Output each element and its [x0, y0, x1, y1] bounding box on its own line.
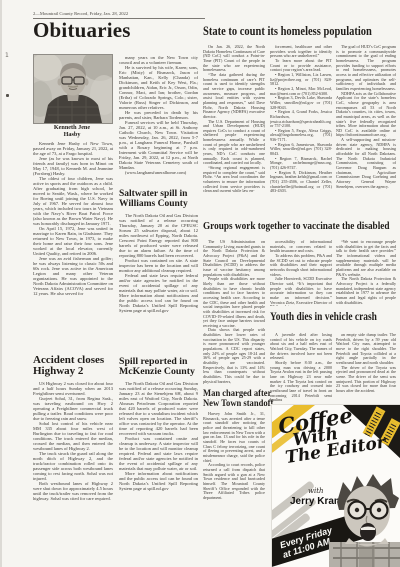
paragraph: (www.langhansfuneralhome.com) — [119, 170, 198, 175]
paragraph: Product was contained onsite and cleanup… — [119, 436, 198, 471]
ad-with-label: with — [308, 487, 324, 495]
paragraph: an empty side dump trailer. The Peterbil… — [336, 333, 396, 366]
youth-crash-column-1: A juvenile died after losing control of … — [270, 333, 332, 401]
paragraph: Federal and state laws require federal a… — [119, 273, 198, 313]
obituary-column-1: Kenneth Jene Hasby of New Town, passed a… — [33, 141, 113, 352]
paragraph: The North Dakota Oil and Gas Division wa… — [119, 381, 198, 436]
paragraph: Product was contained on site. A state i… — [119, 258, 198, 273]
paragraph: People with disabilities are more likely… — [203, 277, 265, 328]
paragraph: Data shows that people with disabilities… — [203, 328, 265, 384]
vaccinate-headline: Groups work together to vaccinate the di… — [203, 220, 390, 232]
paragraph: Harvey John Smith Jr., 31, Bismarck, was… — [203, 412, 265, 463]
paragraph: The oldest of four children, Jene was ac… — [33, 176, 113, 226]
paragraph: According to court records, police retur… — [203, 463, 265, 500]
paragraph: Shortly before 8:30 a.m., the young man … — [270, 361, 332, 401]
paragraph: The truck struck the guard rail along th… — [33, 451, 113, 481]
standoff-headline: Man charged after New Town standoff — [203, 389, 273, 408]
paragraph: Jene (as he was known to most of his fri… — [33, 156, 113, 176]
paragraph: • Region 6, Jamestown, Shawnda Willer, s… — [270, 143, 332, 157]
accident-headline: Accident closes Highway 2 — [33, 355, 104, 378]
obituaries-section-title: Obituaries — [33, 18, 131, 43]
paragraph: A juvenile died after losing control of … — [270, 333, 332, 361]
scan-edge-artifact — [0, 0, 2, 567]
paragraph: On Jan. 26, 2022, the North Dakota Homel… — [203, 45, 265, 73]
paragraph: Funeral services will be held Thursday, … — [119, 120, 198, 170]
paragraph: Both westbound lanes of Highway 2 were s… — [33, 481, 113, 501]
paragraph: He was preceded in death by his parents,… — [119, 110, 198, 120]
paragraph: NDHFA acts as the Collaborative Applican… — [336, 92, 396, 139]
paragraph: • Region 1, Williston, Liz Larsen, liz@p… — [270, 73, 332, 87]
paragraph: The North Dakota Oil and Gas Division wa… — [119, 213, 198, 258]
homeless-column-1: On Jan. 26, 2022, the North Dakota Homel… — [203, 45, 265, 213]
ad-title: Coffee With The Editor — [277, 404, 387, 467]
paragraph: US Highway 2 was closed for about four a… — [33, 381, 113, 396]
paragraph: Gurjeet Sohal, 31, from Regina Sask., wa… — [33, 396, 113, 421]
obituary-portrait-photo — [33, 54, 113, 124]
vaccinate-column-3: “We want to encourage people with disabi… — [336, 240, 396, 306]
paragraph: many years on the New Town city council … — [119, 55, 198, 65]
paragraph: He is survived by his wife, Karen; sons,… — [119, 65, 198, 110]
paragraph: “We want to encourage people with disabi… — [336, 240, 396, 277]
standoff-article-body: Harvey John Smith Jr., 31, Bismarck, was… — [203, 412, 265, 564]
paragraph: • Region 3, Devils Lake, Shawnda Willer,… — [270, 96, 332, 110]
paragraph: To address this problem, P&A and the SCD… — [270, 254, 332, 277]
paragraph: On April 15, 1972, Jene was united in ma… — [33, 226, 113, 256]
paragraph: The North Dakota Protection & Advocacy P… — [336, 277, 396, 305]
vaccinate-column-2: accessibility of informational materials… — [270, 240, 332, 306]
paragraph: • Region 4, Grand Forks, Jessica Richard… — [270, 110, 332, 129]
mckenzie-headline: Spill reported in McKenzie County — [119, 357, 195, 377]
paragraph: accessibility of informational materials… — [270, 240, 332, 254]
saltwater-article-body: The North Dakota Oil and Gas Division wa… — [119, 213, 198, 353]
portrait-man-glasses-icon — [34, 55, 112, 123]
paragraph: • Region 8, Dickinson, Heather Ingman, h… — [270, 171, 332, 194]
mckenzie-article-body: The North Dakota Oil and Gas Division wa… — [119, 381, 198, 565]
scan-mark: 1 — [5, 52, 9, 59]
paragraph: Kenneth Jene Hasby of New Town, passed a… — [33, 141, 113, 156]
vaccinate-column-1: The US Administration on Community Livin… — [203, 240, 265, 384]
youth-crash-column-2: an empty side dump trailer. The Peterbil… — [336, 333, 396, 401]
paragraph: Sohal lost control of his vehicle near M… — [33, 421, 113, 451]
paragraph: “Strong regional engagement is required … — [203, 166, 265, 194]
shocked-man-photo-icon — [329, 472, 400, 567]
homeless-count-headline: State to count its homeless population — [203, 24, 372, 39]
paragraph: Julie Horntvedt, SCDD Executive Director… — [270, 277, 332, 306]
scan-dot — [6, 94, 9, 97]
paragraph: The driver of the Toyota was ejected and… — [336, 366, 396, 394]
newspaper-page: 1 2—Mountrail County Record, Friday, Jan… — [0, 0, 400, 567]
obituary-photo-caption: Kenneth Jene Hasby — [33, 124, 111, 138]
paragraph: Jene was an avid fisherman and golfer; h… — [33, 256, 113, 296]
paragraph: The goal of HUD’s CoC program is to prom… — [336, 45, 396, 92]
paragraph: A self-supporting and mission-driven sta… — [336, 138, 396, 189]
paragraph: • Region 5, Fargo, Alexa Griggs, alexa@f… — [270, 129, 332, 143]
homeless-column-2: forcement, healthcare and other provider… — [270, 45, 332, 213]
paragraph: The US Administration on Community Livin… — [203, 240, 265, 277]
saltwater-headline: Saltwater spill in Williams County — [119, 190, 188, 210]
coffee-with-editor-ad: Coffee With The Editor with Jerry Kram E… — [271, 404, 400, 567]
paragraph: To learn more about the PIT Count or to … — [270, 59, 332, 73]
obituary-column-2: many years on the New Town city council … — [119, 55, 198, 187]
paragraph: “The data gathered during the homeless c… — [203, 73, 265, 120]
paragraph: The U.S. Department of Housing and Urban… — [203, 120, 265, 167]
homeless-column-3: The goal of HUD’s CoC program is to prom… — [336, 45, 396, 217]
paragraph: More information about notifications and… — [119, 471, 198, 491]
paragraph: forcement, healthcare and other provider… — [270, 45, 332, 59]
youth-crash-headline: Youth dies in vehicle crash — [270, 311, 377, 323]
paragraph: • Region 7, Bismarck, Rachel Monge, rach… — [270, 157, 332, 171]
accident-article-body: US Highway 2 was closed for about four a… — [33, 381, 113, 541]
